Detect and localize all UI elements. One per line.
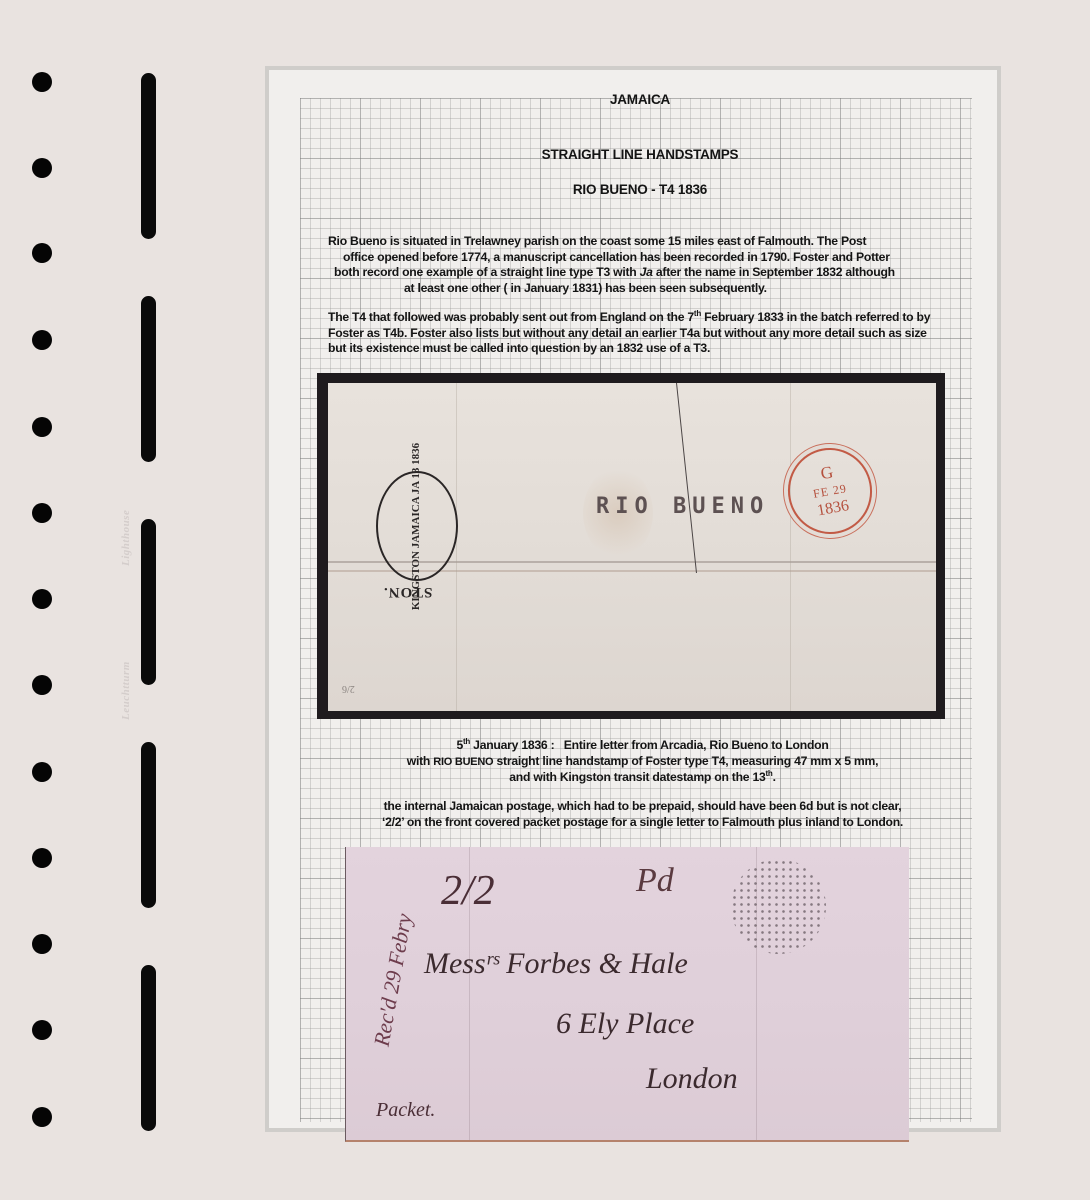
binder-hole — [32, 243, 52, 263]
binder-slot — [141, 73, 156, 239]
binder-hole — [32, 330, 52, 350]
london-red-datestamp: G FE 29 1836 — [781, 441, 879, 540]
rio-bueno-handstamp: RIO BUENO — [596, 494, 769, 519]
address-line-3: London — [646, 1062, 738, 1096]
cover-front-image: 2/2 Pd Messʳˢ Forbes & Hale 6 Ely Place … — [345, 847, 909, 1142]
binder-hole — [32, 848, 52, 868]
subject-title: RIO BUENO - T4 1836 — [300, 182, 980, 197]
binder-slot — [141, 296, 156, 462]
binder-hole — [32, 503, 52, 523]
receipt-docket: Rec'd 29 Febry — [369, 912, 418, 1049]
binder-holes: Leuchtturm Lighthouse — [0, 0, 260, 1200]
cover-reverse-image: KINGSTON JAMAICA JA 13 1836 STON. RIO BU… — [328, 383, 936, 711]
binder-hole — [32, 1107, 52, 1127]
manuscript-rate: 2/2 — [441, 867, 495, 915]
page-title: JAMAICA — [300, 92, 980, 107]
binder-hole — [32, 589, 52, 609]
dotted-cancel-mark — [731, 859, 826, 954]
binder-hole — [32, 934, 52, 954]
binder-slot — [141, 519, 156, 685]
kingston-transit-datestamp: KINGSTON JAMAICA JA 13 1836 — [376, 471, 458, 581]
address-line-1: Messʳˢ Forbes & Hale — [424, 947, 688, 981]
binder-slot — [141, 965, 156, 1131]
binder-hole — [32, 72, 52, 92]
address-line-2: 6 Ely Place — [556, 1007, 694, 1041]
intro-paragraph-2: The T4 that followed was probably sent o… — [328, 310, 938, 357]
kingston-stamp-inverted: STON. — [383, 583, 432, 600]
binder-hole — [32, 417, 52, 437]
pencil-note: 2/6 — [342, 683, 355, 694]
watermark: Leuchtturm Lighthouse — [120, 510, 140, 720]
manuscript-paid-mark: Pd — [636, 862, 674, 900]
binder-slot — [141, 742, 156, 908]
binder-hole — [32, 1020, 52, 1040]
section-title: STRAIGHT LINE HANDSTAMPS — [300, 147, 980, 162]
binder-hole — [32, 158, 52, 178]
binder-hole — [32, 762, 52, 782]
postage-note: the internal Jamaican postage, which had… — [330, 799, 955, 830]
intro-paragraph-1: Rio Bueno is situated in Trelawney paris… — [328, 234, 953, 296]
binder-hole — [32, 675, 52, 695]
route-endorsement: Packet. — [376, 1099, 435, 1122]
item1-caption: 5th January 1836 : Entire letter from Ar… — [330, 738, 955, 786]
